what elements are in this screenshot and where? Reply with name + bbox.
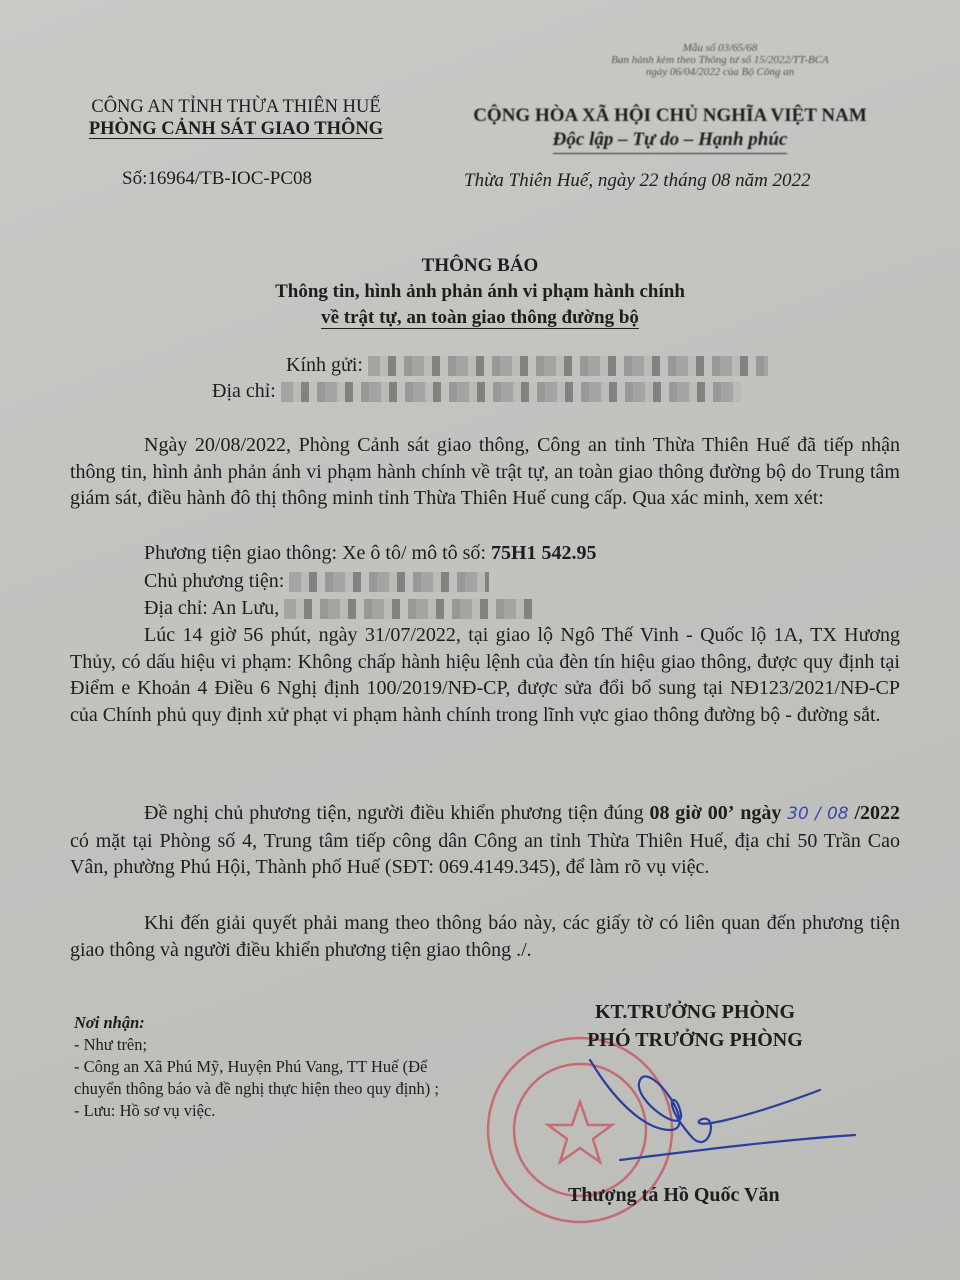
paragraph-summons: Đề nghị chủ phương tiện, người điều khiể… bbox=[70, 800, 900, 881]
place-date: Thừa Thiên Huế, ngày 22 tháng 08 năm 202… bbox=[464, 170, 811, 192]
issuer-department: PHÒNG CẢNH SÁT GIAO THÔNG bbox=[62, 118, 410, 140]
recipient-item: - Lưu: Hồ sơ vụ việc. bbox=[74, 1100, 474, 1122]
summons-day-label: ngày bbox=[740, 802, 781, 824]
form-number: Mẫu số 03/65/68 bbox=[530, 42, 910, 54]
vehicle-label: Phương tiện giao thông: Xe ô tô/ mô tô s… bbox=[144, 542, 491, 564]
country-name: CỘNG HÒA XÃ HỘI CHỦ NGHĨA VIỆT NAM bbox=[430, 104, 910, 128]
recipient-item: - Như trên; bbox=[74, 1034, 474, 1056]
form-circular-date: ngày 06/04/2022 của Bộ Công an bbox=[530, 66, 910, 78]
summons-year: /2022 bbox=[854, 802, 900, 824]
handwritten-date: 30 / 08 bbox=[787, 804, 848, 824]
handwritten-signature-icon bbox=[580, 1050, 860, 1170]
addressee-address-line: Địa chỉ: bbox=[212, 378, 741, 405]
recipients-heading: Nơi nhận: bbox=[74, 1012, 474, 1034]
national-header: CỘNG HÒA XÃ HỘI CHỦ NGHĨA VIỆT NAM Độc l… bbox=[430, 104, 910, 154]
redacted-owner bbox=[289, 572, 489, 592]
vehicle-plate: 75H1 542.95 bbox=[491, 542, 597, 564]
national-motto: Độc lập – Tự do – Hạnh phúc bbox=[553, 128, 788, 154]
addressee-line: Kính gửi: bbox=[286, 352, 768, 379]
issuer-agency: CÔNG AN TỈNH THỪA THIÊN HUẾ bbox=[62, 96, 410, 118]
notice-document: Mẫu số 03/65/68 Ban hành kèm theo Thông … bbox=[0, 0, 960, 1280]
paragraph-documents: Khi đến giải quyết phải mang theo thông … bbox=[70, 910, 900, 963]
owner-label: Chủ phương tiện: bbox=[144, 570, 284, 592]
owner-line: Chủ phương tiện: bbox=[144, 568, 489, 595]
document-number: Số:16964/TB-IOC-PC08 bbox=[122, 168, 312, 190]
title-sub-1: Thông tin, hình ảnh phản ánh vi phạm hàn… bbox=[0, 279, 960, 305]
vehicle-line: Phương tiện giao thông: Xe ô tô/ mô tô s… bbox=[144, 540, 597, 567]
signature-title-1: KT.TRƯỞNG PHÒNG bbox=[545, 998, 845, 1026]
signature-title: KT.TRƯỞNG PHÒNG PHÓ TRƯỞNG PHÒNG bbox=[545, 998, 845, 1054]
title-main: THÔNG BÁO bbox=[0, 253, 960, 279]
recipients-block: Nơi nhận: - Như trên; - Công an Xã Phú M… bbox=[74, 1012, 474, 1122]
form-circular: Ban hành kèm theo Thông tư số 15/2022/TT… bbox=[530, 54, 910, 66]
summons-text-a: Đề nghị chủ phương tiện, người điều khiể… bbox=[144, 802, 649, 824]
owner-address-line: Địa chỉ: An Lưu, bbox=[144, 595, 534, 622]
signature-title-2: PHÓ TRƯỞNG PHÒNG bbox=[545, 1026, 845, 1054]
paragraph-intro: Ngày 20/08/2022, Phòng Cảnh sát giao thô… bbox=[70, 432, 900, 512]
address-label: Địa chỉ: bbox=[212, 380, 276, 402]
recipient-item: - Công an Xã Phú Mỹ, Huyện Phú Vang, TT … bbox=[74, 1056, 474, 1100]
paragraph-violation: Lúc 14 giờ 56 phút, ngày 31/07/2022, tại… bbox=[70, 622, 900, 728]
redacted-addressee bbox=[368, 356, 768, 376]
signer-name: Thượng tá Hồ Quốc Văn bbox=[568, 1184, 780, 1207]
summons-text-b: có mặt tại Phòng số 4, Trung tâm tiếp cô… bbox=[70, 830, 900, 879]
redacted-address bbox=[281, 382, 741, 402]
document-title: THÔNG BÁO Thông tin, hình ảnh phản ánh v… bbox=[0, 253, 960, 331]
title-sub-2: về trật tự, an toàn giao thông đường bộ bbox=[0, 305, 960, 331]
form-reference-note: Mẫu số 03/65/68 Ban hành kèm theo Thông … bbox=[530, 42, 910, 78]
summons-time: 08 giờ 00’ bbox=[649, 802, 734, 824]
redacted-owner-address bbox=[284, 599, 534, 619]
issuer-header: CÔNG AN TỈNH THỪA THIÊN HUẾ PHÒNG CẢNH S… bbox=[62, 96, 410, 140]
owner-address-label: Địa chỉ: An Lưu, bbox=[144, 597, 279, 619]
addressee-label: Kính gửi: bbox=[286, 354, 363, 376]
